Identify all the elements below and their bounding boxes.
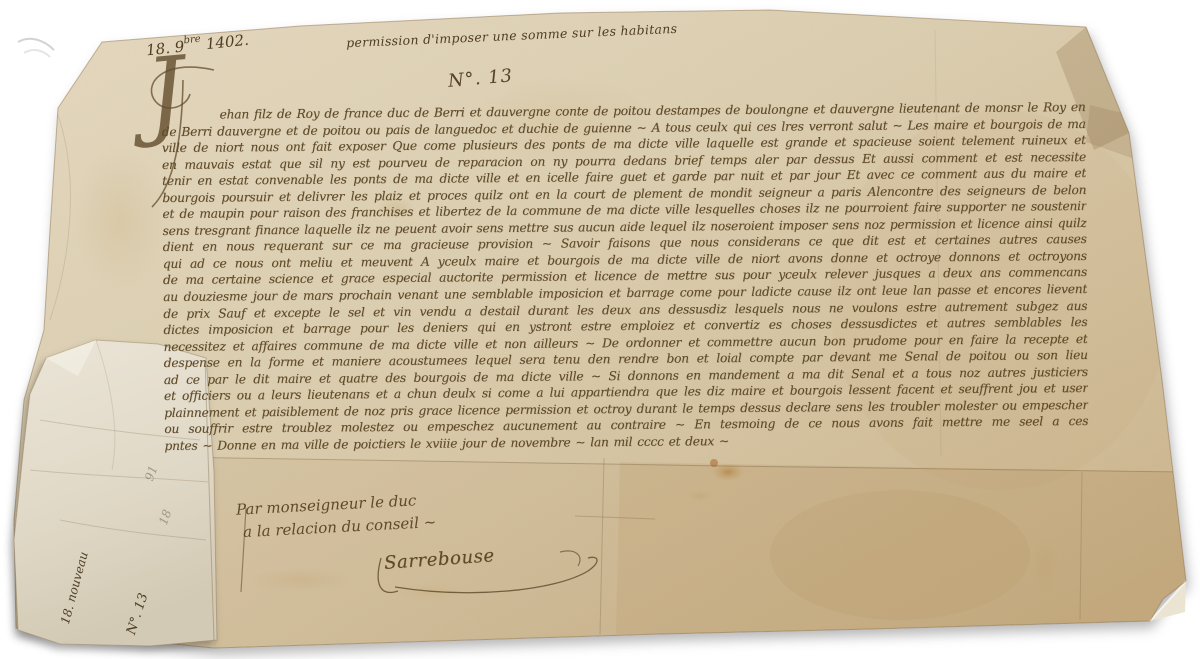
stain: [688, 490, 712, 502]
stain: [1031, 533, 1059, 597]
manuscript-text-block: ehan filz de Roy de france duc de Berri …: [162, 99, 1089, 455]
manuscript-photo: 18. 9bre 1402. permission d'imposer une …: [0, 0, 1200, 659]
archival-date-superscript: bre: [183, 34, 201, 47]
stain: [248, 568, 352, 592]
plica-fold-strip-right: [616, 462, 1186, 634]
stain: [72, 145, 168, 295]
pencil-smudge: [18, 39, 54, 57]
